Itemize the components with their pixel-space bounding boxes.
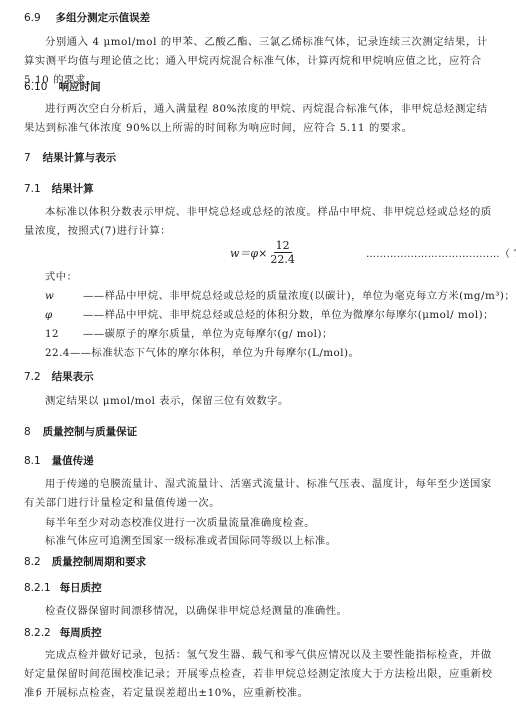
heading-8-2-1: 8.2.1 每日质控 (24, 580, 102, 595)
paragraph-8-2-2: 完成点检并做好记录，包括：氢气发生器、载气和零气供应情况以及主要性能指标检查，并… (24, 646, 494, 703)
page-number: 6 (36, 688, 42, 698)
formula-7: w＝φ× 12 22.4 (230, 239, 295, 266)
paragraph-8-1: 用于传递的皂膜流量计、湿式流量计、活塞式流量计、标准气压表、温度计，每年至少送国… (24, 475, 494, 513)
paragraph-8-1-line2: 每半年至少对动态校准仪进行一次质量流量准确度检查。 (45, 514, 315, 529)
heading-8-2: 8.2 质量控制周期和要求 (24, 554, 146, 569)
heading-7-1: 7.1 结果计算 (24, 181, 94, 196)
definition-22-4: 22.4——标准状态下气体的摩尔体积，单位为升每摩尔(L/mol)。 (45, 344, 359, 359)
heading-7: 7 结果计算与表示 (24, 150, 116, 165)
heading-7-2: 7.2 结果表示 (24, 369, 94, 384)
document-page: 6.9 多组分测定示值误差 分别通入 4 μmol/mol 的甲苯、乙酸乙酯、三… (0, 0, 516, 706)
equation-number: …………………………………（ 7 ） (366, 245, 516, 260)
fraction: 12 22.4 (270, 239, 295, 266)
definition-12: 12——碳原子的摩尔质量，单位为克每摩尔(g/ mol)； (45, 325, 333, 340)
where-label: 式中： (45, 268, 77, 283)
paragraph-7-1: 本标准以体积分数表示甲烷、非甲烷总烃或总烃的浓度。样品中甲烷、非甲烷总烃或总烃的… (24, 203, 494, 241)
heading-8-1: 8.1 量值传递 (24, 453, 94, 468)
heading-8: 8 质量控制与质量保证 (24, 424, 137, 439)
paragraph-8-2-1: 检查仪器保留时间漂移情况，以确保非甲烷总烃测量的准确性。 (45, 602, 347, 617)
paragraph-8-1-line3: 标准气体应可追溯至国家一级标准或者国际同等级以上标准。 (45, 532, 337, 547)
paragraph-7-2: 测定结果以 μmol/mol 表示，保留三位有效数字。 (45, 392, 289, 407)
paragraph-6-10: 进行两次空白分析后，通入满量程 80%浓度的甲烷、丙烷混合标准气体，非甲烷总烃测… (24, 100, 494, 138)
heading-6-9: 6.9 多组分测定示值误差 (24, 10, 150, 25)
heading-6-10: 6.10 响应时间 (24, 79, 101, 94)
definition-w: w——样品中甲烷、非甲烷总烃或总烃的质量浓度(以碳计)，单位为毫克每立方米(mg… (45, 287, 515, 302)
heading-8-2-2: 8.2.2 每周质控 (24, 625, 102, 640)
definition-phi: φ——样品中甲烷、非甲烷总烃或总烃的体积分数，单位为微摩尔每摩尔(μmol/ m… (45, 306, 494, 321)
